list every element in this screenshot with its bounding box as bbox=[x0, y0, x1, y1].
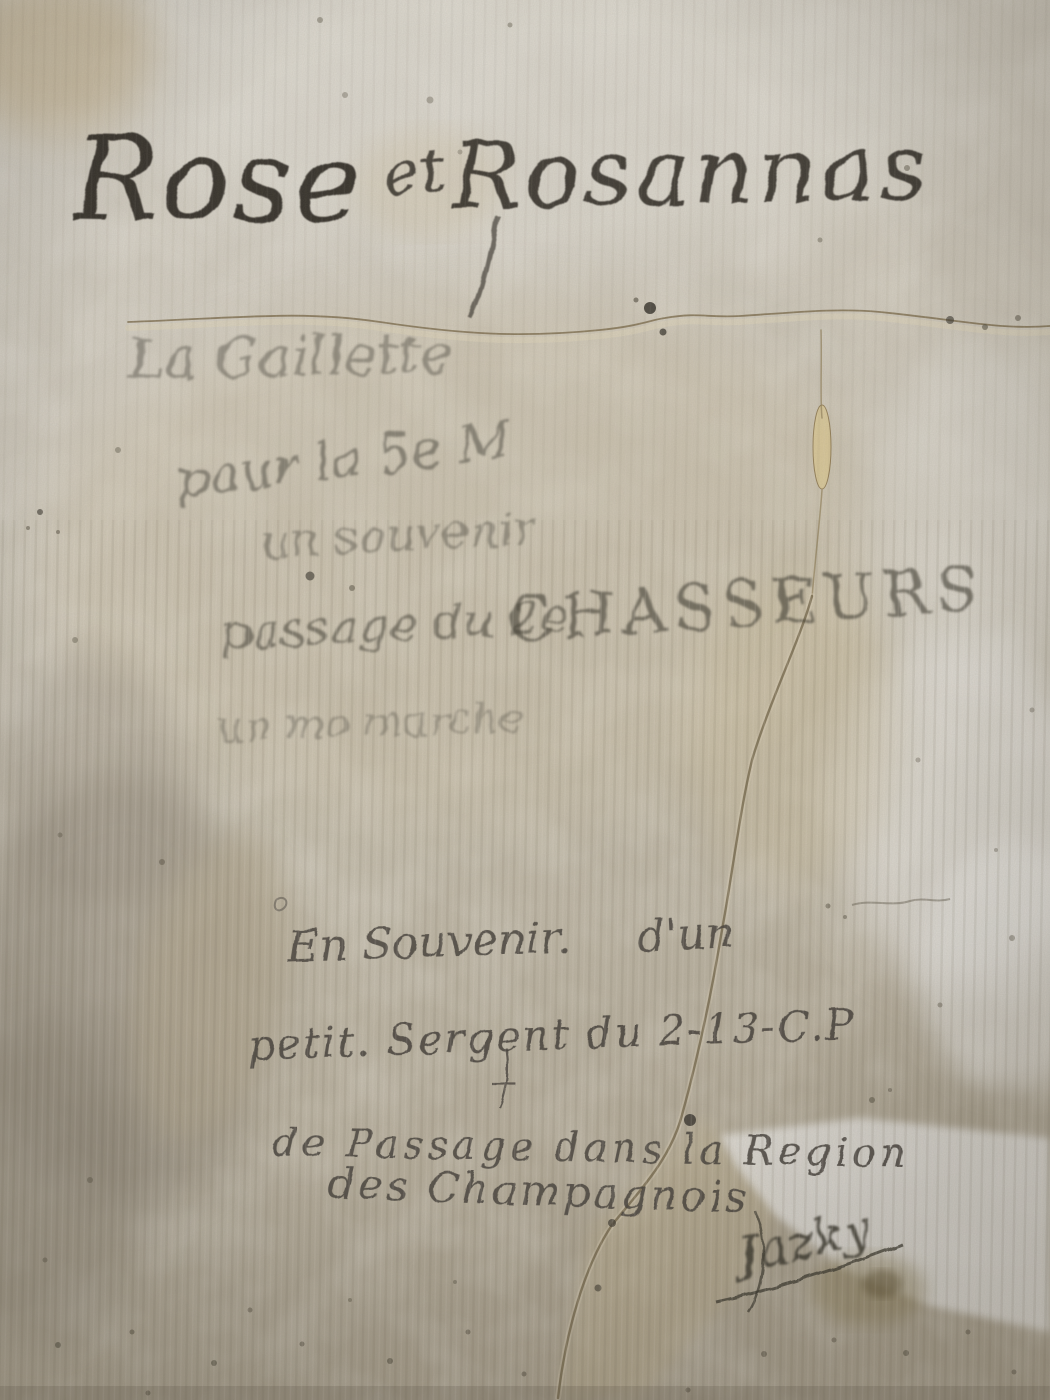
wall-graffiti-photo: Rose et Rosannas La Gaillette pour la 5e… bbox=[0, 0, 1050, 1400]
wall-photo-canvas: Rose et Rosannas La Gaillette pour la 5e… bbox=[0, 0, 1050, 1400]
vignette bbox=[0, 0, 1050, 1400]
